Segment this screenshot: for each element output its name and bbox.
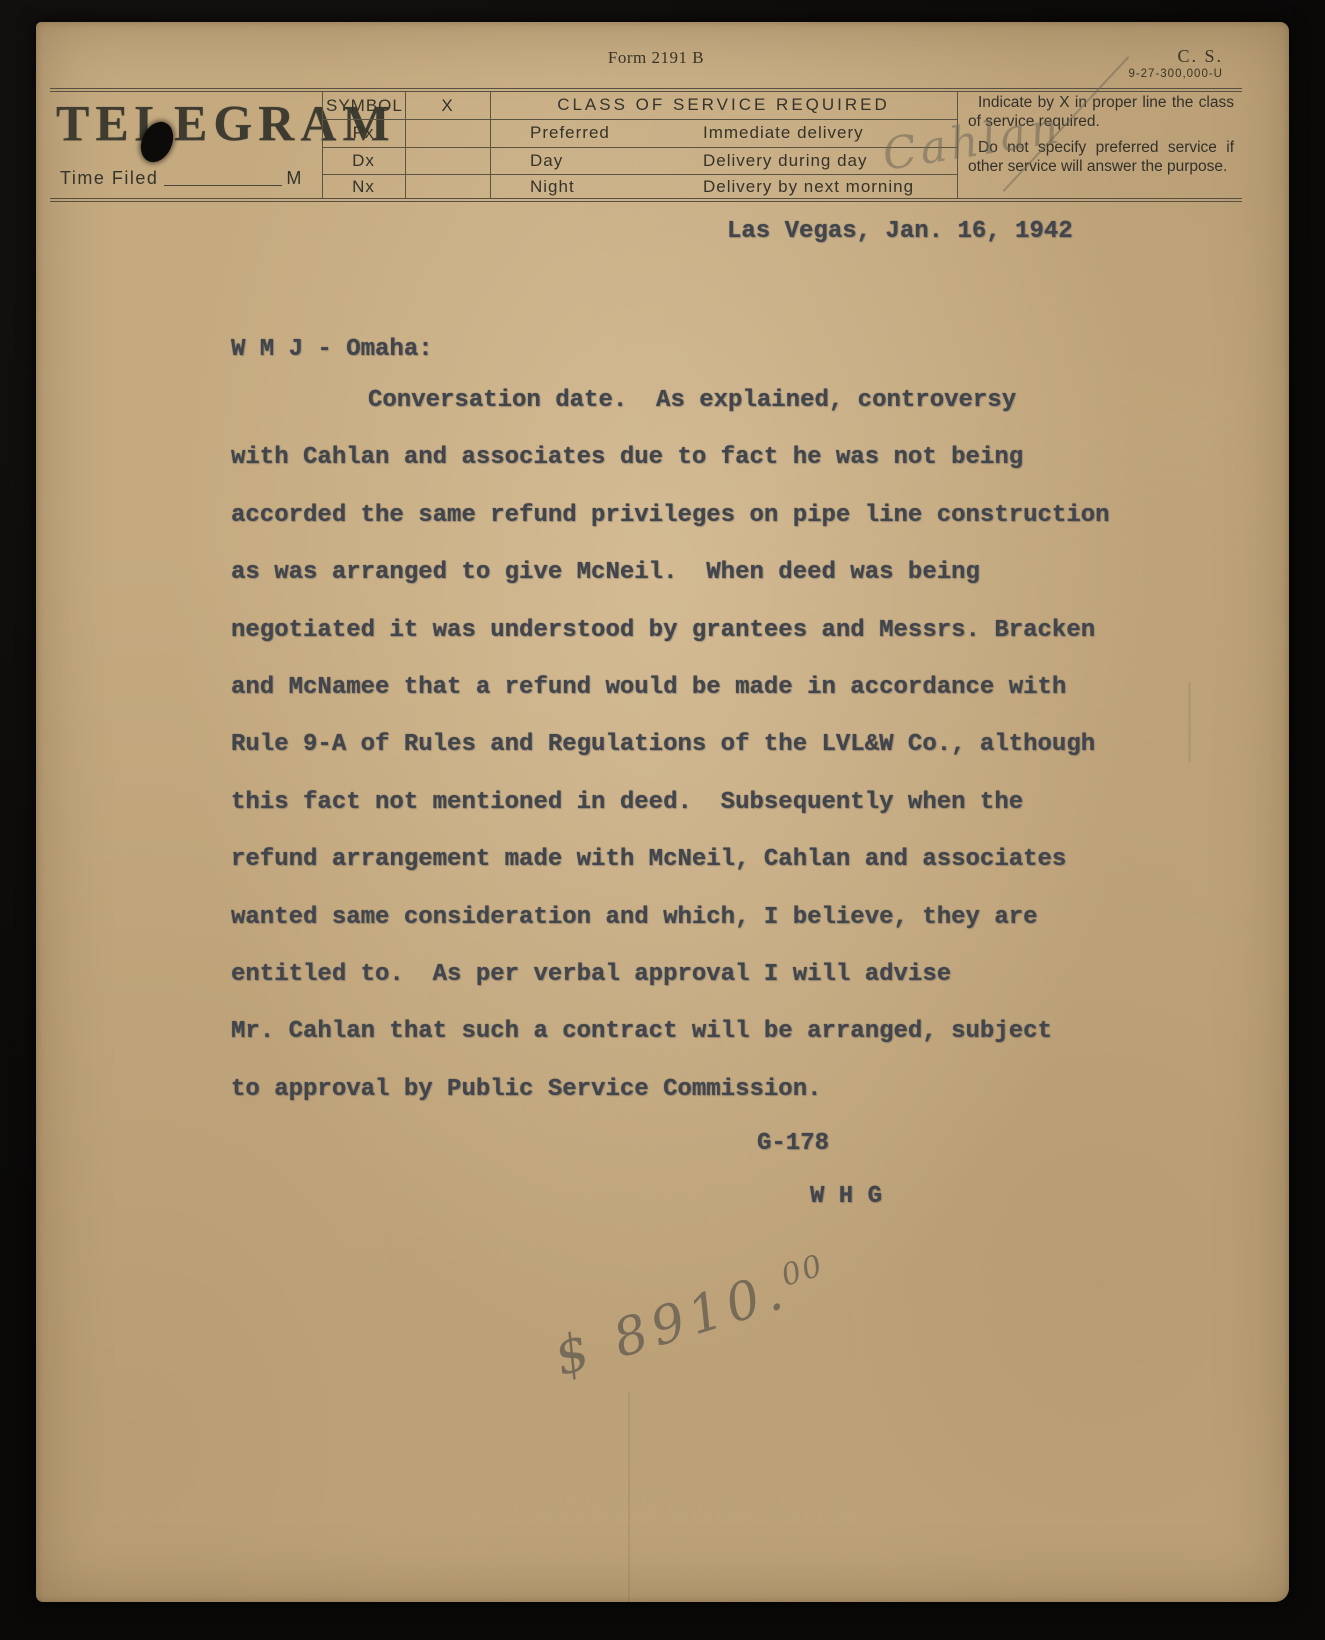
paper-crease <box>1188 682 1191 762</box>
body-line: Mr. Cahlan that such a contract will be … <box>231 1019 1191 1076</box>
row-dx-delivery: Delivery during day <box>703 151 868 171</box>
time-filed-label: Time Filed <box>60 168 158 189</box>
body-line: entitled to. As per verbal approval I wi… <box>231 962 1191 1019</box>
col-header-symbol: SYMBOL <box>326 96 402 116</box>
table-row-line-1 <box>322 119 957 120</box>
telegram-document: Form 2191 B C. S. 9-27-300,000-U TELEGRA… <box>36 22 1289 1602</box>
row-px-symbol: Px <box>322 123 405 143</box>
body-line: this fact not mentioned in deed. Subsequ… <box>231 790 1191 847</box>
body-line: refund arrangement made with McNeil, Cah… <box>231 847 1191 904</box>
body-line: negotiated it was understood by grantees… <box>231 618 1191 675</box>
reference-number: G-178 <box>757 1130 829 1157</box>
col-header-x: X <box>405 96 490 116</box>
cs-stock-number: C. S. 9-27-300,000-U <box>1128 46 1223 80</box>
body-line: accorded the same refund privileges on p… <box>231 503 1191 560</box>
row-nx-delivery: Delivery by next morning <box>703 177 914 197</box>
header-top-rule <box>50 88 1242 92</box>
body-line: to approval by Public Service Commission… <box>231 1077 1191 1134</box>
message-body: Conversation date. As explained, controv… <box>231 388 1191 1134</box>
cs-number: 9-27-300,000-U <box>1128 68 1223 80</box>
table-row-line-2 <box>322 147 957 148</box>
row-nx-class: Night <box>530 177 575 197</box>
dateline: Las Vegas, Jan. 16, 1942 <box>727 218 1073 245</box>
row-dx-class: Day <box>530 151 563 171</box>
body-line: Conversation date. As explained, controv… <box>231 388 1191 445</box>
form-number: Form 2191 B <box>556 48 756 68</box>
row-px-delivery: Immediate delivery <box>703 123 864 143</box>
row-nx-symbol: Nx <box>322 177 405 197</box>
row-px-class: Preferred <box>530 123 610 143</box>
body-line: Rule 9-A of Rules and Regulations of the… <box>231 732 1191 789</box>
paper-crease <box>628 1392 630 1602</box>
handwritten-amount: $ 8910.00 <box>547 1248 835 1388</box>
signature-initials: W H G <box>810 1183 882 1210</box>
body-line: wanted same consideration and which, I b… <box>231 905 1191 962</box>
body-line: as was arranged to give McNeil. When dee… <box>231 560 1191 617</box>
row-dx-symbol: Dx <box>322 151 405 171</box>
amount-main: $ 8910. <box>547 1260 795 1388</box>
time-filed-suffix: M <box>286 168 303 189</box>
time-filed-row: Time Filed M <box>60 168 303 189</box>
body-line: with Cahlan and associates due to fact h… <box>231 445 1191 502</box>
cs-label: C. S. <box>1128 46 1223 67</box>
body-line: and McNamee that a refund would be made … <box>231 675 1191 732</box>
scan-background: Form 2191 B C. S. 9-27-300,000-U TELEGRA… <box>0 0 1325 1640</box>
col-header-class: CLASS OF SERVICE REQUIRED <box>490 95 957 115</box>
header-bottom-rule <box>50 198 1242 202</box>
time-filed-blank <box>164 185 282 186</box>
recipient-line: W M J - Omaha: <box>231 336 433 363</box>
table-row-line-3 <box>322 174 957 175</box>
amount-cents: 00 <box>777 1248 828 1294</box>
